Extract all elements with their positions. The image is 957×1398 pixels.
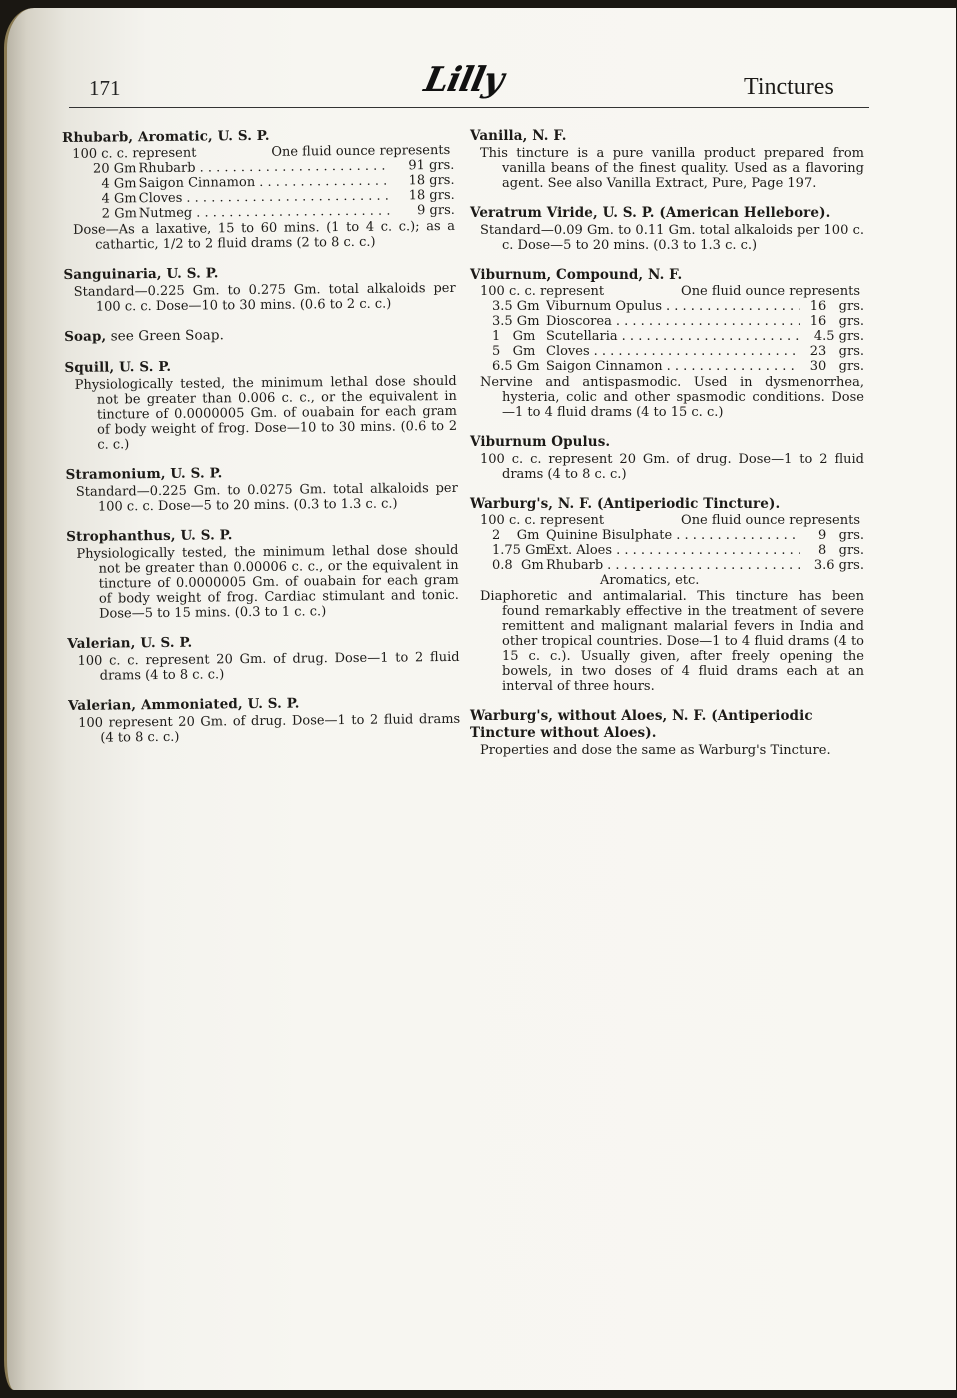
entry-title-text: Strophanthus, U. S. P.: [66, 527, 232, 545]
amount: 9 grs.: [391, 203, 455, 219]
formula-row: 2 GmQuinine Bisulphate9 grs.: [480, 528, 864, 543]
ingredient: Saigon Cinnamon: [546, 359, 800, 374]
ingredient: Cloves: [546, 344, 800, 359]
entry-title-text: Rhubarb, Aromatic, U. S. P.: [62, 128, 270, 146]
entry-rhubarb-aromatic-u-s-p: Rhubarb, Aromatic, U. S. P.100 c. c. rep…: [62, 126, 455, 253]
entry-body: Physiologically tested, the minimum leth…: [65, 374, 458, 453]
ingredient-name: Cloves: [139, 191, 185, 206]
entry-body: Dose—As a laxative, 15 to 60 mins. (1 to…: [63, 219, 455, 253]
formula-row: 5 GmCloves23 grs.: [480, 344, 864, 359]
entry-viburnum-compound-n-f: Viburnum, Compound, N. F.100 c. c. repre…: [470, 267, 864, 420]
entry-title: Warburg's, without Aloes, N. F. (Antiper…: [470, 708, 864, 742]
right-column: Vanilla, N. F.This tincture is a pure va…: [470, 128, 864, 772]
formula-right-header: One fluid ounce represents: [681, 284, 860, 299]
entry-warburg-s-n-f-antiperiodic-tincture: Warburg's, N. F. (Antiperiodic Tincture)…: [470, 496, 864, 694]
entry-title: Veratrum Viride, U. S. P. (American Hell…: [470, 205, 864, 222]
amount: 30 grs.: [800, 359, 864, 374]
formula-row: 0.8 GmRhubarb3.6 grs.: [480, 558, 864, 573]
lilly-logo: Lilly: [421, 60, 507, 100]
quantity: 5 Gm: [480, 344, 546, 359]
entry-squill-u-s-p: Squill, U. S. P.Physiologically tested, …: [64, 356, 457, 453]
quantity: 20 Gm: [72, 161, 138, 177]
entry-body: Diaphoretic and antimalarial. This tinct…: [470, 589, 864, 694]
left-column: Rhubarb, Aromatic, U. S. P.100 c. c. rep…: [62, 126, 461, 760]
formula-header: 100 c. c. representOne fluid ounce repre…: [480, 513, 864, 528]
entry-title-text: Sanguinaria, U. S. P.: [63, 265, 218, 283]
amount: 4.5 grs.: [800, 329, 864, 344]
entry-body: 100 c. c. represent 20 Gm. of drug. Dose…: [67, 650, 459, 684]
header-rule: [69, 107, 869, 108]
ingredient: Rhubarb: [546, 558, 800, 573]
ingredient-name: Saigon Cinnamon: [138, 175, 257, 191]
quantity: 1.75 Gm: [480, 543, 546, 558]
entry-body: Standard—0.09 Gm. to 0.11 Gm. total alka…: [470, 223, 864, 253]
entry-strophanthus-u-s-p: Strophanthus, U. S. P.Physiologically te…: [66, 525, 459, 622]
ingredient: Quinine Bisulphate: [546, 528, 800, 543]
entry-title-text: Vanilla, N. F.: [470, 128, 567, 144]
entry-title-text: Squill, U. S. P.: [64, 359, 171, 376]
entry-title-text: Warburg's, N. F. (Antiperiodic Tincture)…: [470, 496, 780, 512]
ingredient-name: Cloves: [546, 344, 592, 359]
ingredient: Scutellaria: [546, 329, 800, 344]
entry-title-text: Veratrum Viride, U. S. P. (American Hell…: [470, 205, 830, 221]
amount: 91 grs.: [390, 158, 454, 174]
quantity: 3.5 Gm: [480, 299, 546, 314]
amount: 16 grs.: [800, 299, 864, 314]
formula-left-header: 100 c. c. represent: [480, 513, 604, 528]
entry-valerian-ammoniated-u-s-p: Valerian, Ammoniated, U. S. P.100 repres…: [68, 694, 460, 746]
entry-title-text: Valerian, U. S. P.: [67, 635, 192, 652]
quantity: 3.5 Gm: [480, 314, 546, 329]
quantity: 4 Gm: [72, 176, 138, 192]
amount: 16 grs.: [800, 314, 864, 329]
entry-stramonium-u-s-p: Stramonium, U. S. P.Standard—0.225 Gm. t…: [66, 463, 458, 515]
ingredient-name: Saigon Cinnamon: [546, 359, 665, 374]
amount: 18 grs.: [391, 188, 455, 204]
ingredient-name: Dioscorea: [546, 314, 614, 329]
entry-title: Vanilla, N. F.: [470, 128, 864, 145]
ingredient-name: Ext. Aloes: [546, 543, 614, 558]
entry-title-text: Stramonium, U. S. P.: [66, 465, 223, 483]
ingredient-name: Quinine Bisulphate: [546, 528, 674, 543]
formula-left-header: 100 c. c. represent: [72, 146, 196, 162]
entry-title: Warburg's, N. F. (Antiperiodic Tincture)…: [470, 496, 864, 513]
section-title: Tinctures: [744, 74, 834, 101]
formula-row: 1.75 GmExt. Aloes8 grs.: [480, 543, 864, 558]
entry-body: 100 c. c. represent 20 Gm. of drug. Dose…: [470, 452, 864, 482]
amount: 3.6 grs.: [800, 558, 864, 573]
page-number: 171: [89, 76, 121, 101]
quantity: 4 Gm: [73, 191, 139, 207]
formula-right-header: One fluid ounce represents: [681, 513, 860, 528]
entry-soap: Soap, see Green Soap.: [64, 325, 456, 346]
entry-title-text: Soap,: [64, 329, 106, 345]
ingredient: Ext. Aloes: [546, 543, 800, 558]
entry-body: Properties and dose the same as Warburg'…: [470, 743, 864, 758]
quantity: 2 Gm: [480, 528, 546, 543]
quantity: 0.8 Gm: [480, 558, 546, 573]
formula-left-header: 100 c. c. represent: [480, 284, 604, 299]
formula-table: 100 c. c. representOne fluid ounce repre…: [480, 513, 864, 588]
quantity: 1 Gm: [480, 329, 546, 344]
entry-title-text: Warburg's, without Aloes, N. F. (Antiper…: [470, 708, 813, 741]
entry-body: Standard—0.225 Gm. to 0.0275 Gm. total a…: [66, 481, 458, 515]
entry-veratrum-viride-u-s-p-american-hellebore: Veratrum Viride, U. S. P. (American Hell…: [470, 205, 864, 253]
entry-body: This tincture is a pure vanilla product …: [470, 146, 864, 191]
ingredient: Dioscorea: [546, 314, 800, 329]
amount: 23 grs.: [800, 344, 864, 359]
amount: 18 grs.: [390, 173, 454, 189]
formula-row: 1 GmScutellaria4.5 grs.: [480, 329, 864, 344]
ingredient-name: Scutellaria: [546, 329, 620, 344]
formula-table: 100 c. c. representOne fluid ounce repre…: [72, 143, 455, 222]
amount: 9 grs.: [800, 528, 864, 543]
quantity: 6.5 Gm: [480, 359, 546, 374]
cross-reference: see Green Soap.: [106, 327, 224, 344]
entry-title-text: Viburnum, Compound, N. F.: [470, 267, 682, 283]
entry-title: Viburnum Opulus.: [470, 434, 864, 451]
formula-table: 100 c. c. representOne fluid ounce repre…: [480, 284, 864, 374]
entry-warburg-s-without-aloes-n-f-antiperiodic-tincture-without-aloes: Warburg's, without Aloes, N. F. (Antiper…: [470, 708, 864, 758]
ingredient-name: Viburnum Opulus: [546, 299, 664, 314]
ingredient-name: Nutmeg: [139, 206, 194, 222]
entry-title: Viburnum, Compound, N. F.: [470, 267, 864, 284]
ingredient-name: Rhubarb: [546, 558, 605, 573]
entry-sanguinaria-u-s-p: Sanguinaria, U. S. P.Standard—0.225 Gm. …: [63, 263, 455, 315]
formula-row: 3.5 GmViburnum Opulus16 grs.: [480, 299, 864, 314]
ingredient-name: Rhubarb: [138, 161, 197, 177]
formula-note: Aromatics, etc.: [480, 573, 864, 588]
entry-title-text: Valerian, Ammoniated, U. S. P.: [68, 696, 300, 714]
formula-row: 3.5 GmDioscorea16 grs.: [480, 314, 864, 329]
entry-body: 100 represent 20 Gm. of drug. Dose—1 to …: [68, 712, 460, 746]
quantity: 2 Gm: [73, 206, 139, 222]
entry-title: Soap, see Green Soap.: [64, 325, 456, 346]
entry-vanilla-n-f: Vanilla, N. F.This tincture is a pure va…: [470, 128, 864, 191]
ingredient: Nutmeg: [139, 204, 391, 222]
entry-valerian-u-s-p: Valerian, U. S. P.100 c. c. represent 20…: [67, 632, 459, 684]
formula-header: 100 c. c. representOne fluid ounce repre…: [480, 284, 864, 299]
entry-body: Standard—0.225 Gm. to 0.275 Gm. total al…: [64, 281, 456, 315]
amount: 8 grs.: [800, 543, 864, 558]
formula-row: 6.5 GmSaigon Cinnamon30 grs.: [480, 359, 864, 374]
ingredient: Viburnum Opulus: [546, 299, 800, 314]
entry-body: Physiologically tested, the minimum leth…: [66, 543, 459, 622]
entry-body: Nervine and antispasmodic. Used in dysme…: [470, 375, 864, 420]
entry-title-text: Viburnum Opulus.: [470, 434, 610, 450]
entry-viburnum-opulus: Viburnum Opulus.100 c. c. represent 20 G…: [470, 434, 864, 482]
